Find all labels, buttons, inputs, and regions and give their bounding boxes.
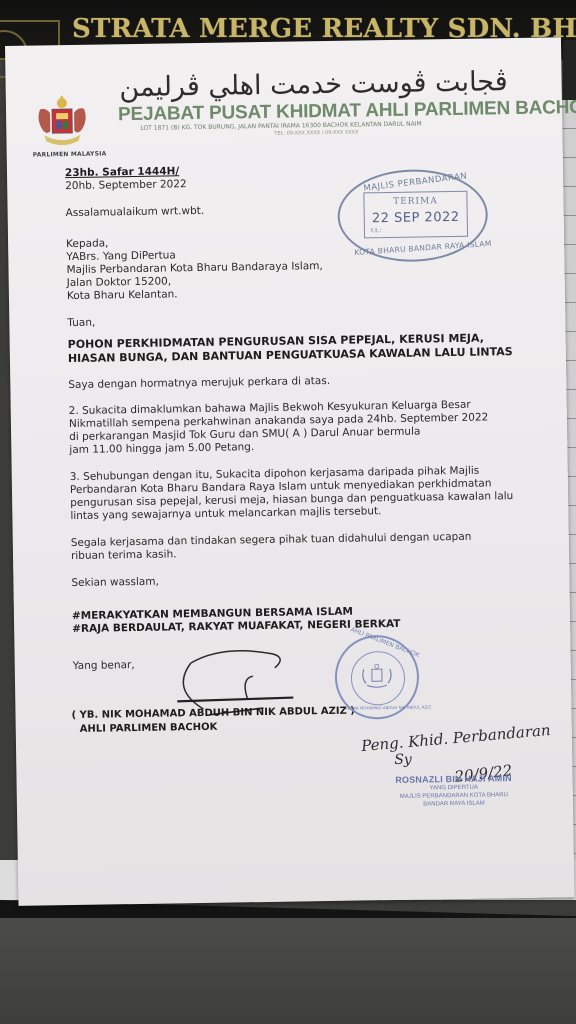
coat-of-arms-icon xyxy=(361,663,393,689)
salutation: Tuan, xyxy=(67,317,95,331)
council-name-stamp: ROSNAZLI BIN HAJI AMIN YANG DIPERTUA MAJ… xyxy=(388,773,519,809)
handwritten-initials: Sy xyxy=(394,752,412,768)
paragraph-line: ribuan terima kasih. xyxy=(71,548,177,563)
stamp-date-box: TERIMA 22 SEP 2022 t.t.: xyxy=(363,191,468,239)
stamp-initials: t.t.: xyxy=(371,227,382,234)
stamp-ring-text: KOTA BHARU BANDAR RAYA ISLAM xyxy=(354,239,492,257)
recipient-line: Kepada, xyxy=(66,237,109,251)
signatory-title: AHLI PARLIMEN BACHOK xyxy=(80,721,218,737)
office-telephone: TEL: 09-XXX XXXX / 09-XXX XXXX xyxy=(274,129,358,136)
crest-caption: PARLIMEN MALAYSIA xyxy=(33,150,107,158)
received-stamp: MAJLIS PERBANDARAN TERIMA 22 SEP 2022 t.… xyxy=(337,168,488,262)
closing: Sekian wasslam, xyxy=(71,576,159,591)
mp-office-stamp: AHLI PARLIMEN BACHOK YB NIK MOHAMAD ABDU… xyxy=(334,635,419,720)
sign-off: Yang benar, xyxy=(73,659,135,673)
recipient-line: Majlis Perbandaran Kota Bharu Bandaraya … xyxy=(66,260,322,278)
stamp-ring-text: YB NIK MOHAMAD ABDUH NIK ABDUL AZIZ xyxy=(345,704,431,710)
paragraph-1: Saya dengan hormatnya merujuk perkara di… xyxy=(68,375,330,393)
handwritten-note: Peng. Khid. Perbandaran xyxy=(361,721,552,755)
recipient-line: Kota Bharu Kelantan. xyxy=(67,288,178,303)
paragraph-line: jam 11.00 hingga jam 5.00 Petang. xyxy=(69,441,254,457)
stamp-date: 22 SEP 2022 xyxy=(365,210,467,227)
letter-page: PARLIMEN MALAYSIA ڤجابت ڤوست خدمت اهلي ڤ… xyxy=(5,37,574,906)
date-gregorian: 20hb. September 2022 xyxy=(65,178,187,193)
greeting: Assalamualaikum wrt.wbt. xyxy=(66,205,205,221)
malaysia-coat-of-arms-icon xyxy=(34,95,91,150)
paragraph-line: Segala kerjasama dan tindakan segera pih… xyxy=(71,531,472,551)
stamp-label: TERIMA xyxy=(364,196,466,208)
table-surface xyxy=(0,918,576,1024)
